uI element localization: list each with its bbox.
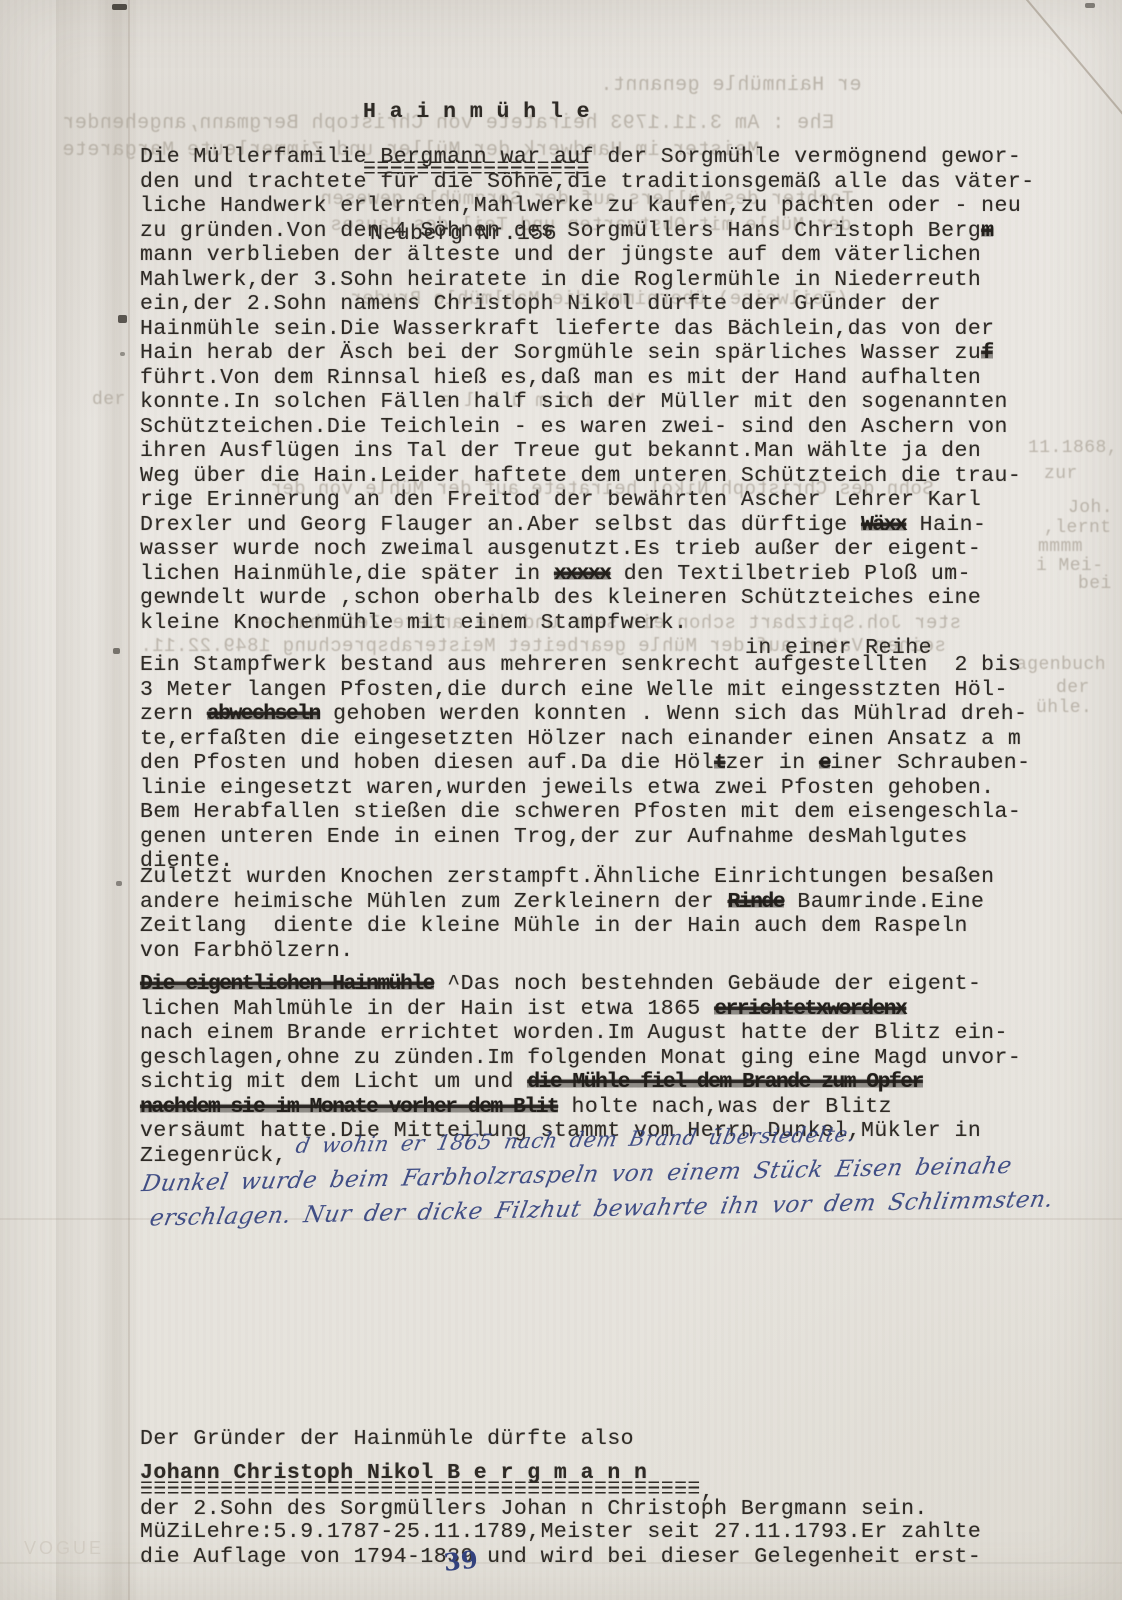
bleedthrough-text: ,lernt	[1044, 518, 1112, 538]
typed-line: lichen Mahlmühle in der Hain ist etwa 18…	[140, 997, 1021, 1022]
scan-speck	[112, 4, 127, 10]
typed-line: Zeitlang diente die kleine Mühle in der …	[140, 914, 995, 939]
typed-line: zu gründen.Von den 4 Söhnen des Sorgmüll…	[140, 219, 1035, 244]
typed-line: Hain herab der Äsch bei der Sorgmühle se…	[140, 341, 1035, 366]
typed-line: den und trachtete für die Söhne,die trad…	[140, 170, 1035, 195]
typed-line: die Auflage von 1794-183939 und wird bei…	[140, 1543, 981, 1569]
typed-line: linie eingesetzt waren,wurden jeweils et…	[140, 776, 1031, 801]
typed-line: Die Müllerfamilie Bergmann war auf der S…	[140, 145, 1035, 170]
paper-crease-top-right	[1018, 0, 1122, 122]
typed-line: von Farbhölzern.	[140, 939, 995, 964]
typed-line: ein,der 2.Sohn namens Christoph Nikol dü…	[140, 292, 1035, 317]
bleedthrough-text: der	[1056, 678, 1090, 698]
typed-line: den Pfosten und hoben diesen auf.Da die …	[140, 751, 1031, 776]
typed-line: Drexler und Georg Flauger an.Aber selbst…	[140, 513, 1035, 538]
typed-line: ihren Ausflügen ins Tal der Treue gut be…	[140, 439, 1035, 464]
bleedthrough-text: bei	[1078, 574, 1112, 594]
closing-rest: der 2.Sohn des Sorgmüllers Johan n Chris…	[140, 1498, 981, 1569]
page-title: H a i n m ü h l e	[363, 100, 590, 124]
typed-line: 3 Meter langen Pfosten,die durch eine We…	[140, 678, 1031, 703]
scan-speck	[1085, 3, 1095, 8]
typed-line: genen unteren Ende in einen Trog,der zur…	[140, 825, 1031, 850]
typed-line: rige Erinnerung an den Freitod der bewäh…	[140, 488, 1035, 513]
typed-line: Ein Stampfwerk bestand aus mehreren senk…	[140, 653, 1031, 678]
typed-line: Der Gründer der Hainmühle dürfte also	[140, 1427, 634, 1452]
typed-line: geschlagen,ohne zu zünden.Im folgenden M…	[140, 1046, 1021, 1071]
typed-line: Zuletzt wurden Knochen zerstampft.Ähnlic…	[140, 865, 995, 890]
typed-line: konnte.In solchen Fällen half sich der M…	[140, 390, 1035, 415]
scan-speck	[118, 315, 127, 323]
closing-intro: Der Gründer der Hainmühle dürfte also	[140, 1427, 634, 1452]
scan-speck	[120, 352, 125, 356]
typed-line: Bem Herabfallen stießen die schweren Pfo…	[140, 800, 1031, 825]
typed-line: mann verblieben der älteste und der jüng…	[140, 243, 1035, 268]
typed-line: sichtig mit dem Licht um und die Mühle f…	[140, 1070, 1021, 1095]
paper-watermark: VOGUE	[24, 1538, 104, 1559]
knochen-paragraph: Zuletzt wurden Knochen zerstampft.Ähnlic…	[140, 865, 995, 963]
typed-line: kleine Knochenmühle mit einem Stampfwerk…	[140, 611, 1035, 636]
bleedthrough-text: er Hainmühle genannt.	[600, 74, 862, 97]
typed-line: Mahlwerk,der 3.Sohn heiratete in die Rog…	[140, 268, 1035, 293]
bleedthrough-text: Joh.	[1068, 498, 1113, 518]
bleedthrough-text: i Mei-	[1036, 556, 1104, 576]
typed-line: lichen Hainmühle,die später in xxxxx den…	[140, 562, 1035, 587]
typed-line: Hainmühle sein.Die Wasserkraft lieferte …	[140, 317, 1035, 342]
bleedthrough-text: ühle.	[1036, 698, 1092, 718]
typed-line: andere heimische Mühlen zum Zerkleinern …	[140, 890, 995, 915]
typed-line: nachdem sie im Monate vorher dem Blit ho…	[140, 1095, 1021, 1120]
intro-paragraph: Die Müllerfamilie Bergmann war auf der S…	[140, 145, 1035, 635]
scanned-page: er Hainmühle genannt.Ehe : Am 3.11.1793 …	[0, 0, 1122, 1600]
typed-line: liche Handwerk erlernten,Mahlwerke zu ka…	[140, 194, 1035, 219]
typed-line: wasser wurde noch zweimal ausgenutzt.Es …	[140, 537, 1035, 562]
bleedthrough-text: mmmm	[1038, 537, 1083, 557]
typed-line: nach einem Brande errichtet worden.Im Au…	[140, 1021, 1021, 1046]
bleedthrough-text: der	[92, 390, 126, 410]
typed-line: te,erfaßten die eingesetzten Hölzer nach…	[140, 727, 1031, 752]
typed-line: gewndelt wurde ,schon oberhalb des klein…	[140, 586, 1035, 611]
typed-line: zern abwechseln gehoben werden konnten .…	[140, 702, 1031, 727]
typed-line: führt.Von dem Rinnsal hieß es,daß man es…	[140, 366, 1035, 391]
typed-line: Schützteichen.Die Teichlein - es waren z…	[140, 415, 1035, 440]
scan-speck	[116, 881, 122, 886]
typed-line: MüZiLehre:5.9.1787-25.11.1789,Meister se…	[140, 1521, 981, 1544]
bleedthrough-text: 11.1868,	[1028, 438, 1118, 458]
bleedthrough-text: zur	[1044, 464, 1078, 484]
typed-line: Weg über die Hain.Leider haftete dem unt…	[140, 464, 1035, 489]
paper-crease-left-line	[128, 0, 130, 1600]
typed-line: der 2.Sohn des Sorgmüllers Johan n Chris…	[140, 1498, 981, 1521]
scan-speck	[113, 648, 120, 654]
stampfwerk-paragraph: Ein Stampfwerk bestand aus mehreren senk…	[140, 653, 1031, 874]
typed-line: Die eigentlichen Hainmühle ^Das noch bes…	[140, 972, 1021, 997]
